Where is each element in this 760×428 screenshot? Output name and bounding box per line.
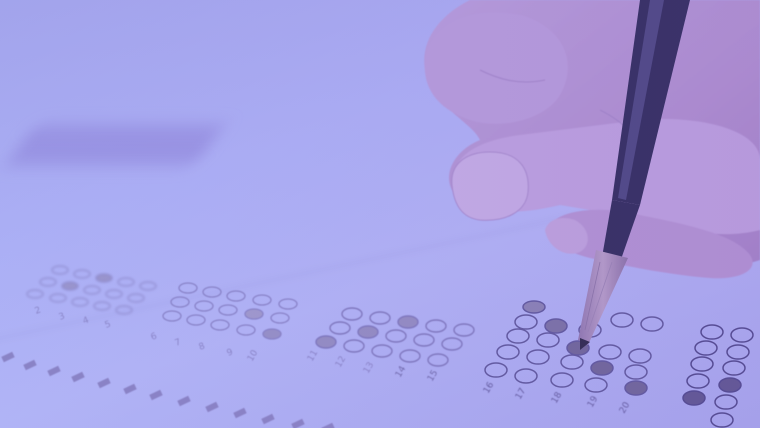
svg-text:19: 19 <box>586 394 601 409</box>
svg-text:18: 18 <box>550 390 565 405</box>
svg-text:5: 5 <box>104 319 113 330</box>
svg-text:6: 6 <box>150 331 159 342</box>
answer-sheet-illustration: 2 3 4 5 6 7 8 9 10 11 12 13 14 15 16 17 … <box>0 0 760 428</box>
bubble-block-16-20 <box>485 301 663 395</box>
svg-text:11: 11 <box>306 349 320 364</box>
timing-marks <box>1 352 334 428</box>
svg-text:8: 8 <box>198 341 207 352</box>
svg-text:9: 9 <box>226 347 235 358</box>
svg-text:15: 15 <box>426 369 440 384</box>
photo-scene: 2 3 4 5 6 7 8 9 10 11 12 13 14 15 16 17 … <box>0 0 760 428</box>
svg-text:10: 10 <box>246 348 261 363</box>
bubble-block-6-10 <box>163 283 297 339</box>
svg-text:12: 12 <box>334 355 348 370</box>
hand <box>424 0 760 278</box>
svg-text:16: 16 <box>482 380 497 395</box>
svg-text:17: 17 <box>514 387 528 402</box>
svg-text:13: 13 <box>362 361 376 376</box>
question-numbers: 2 3 4 5 6 7 8 9 10 11 12 13 14 15 16 17 … <box>34 305 633 415</box>
svg-text:20: 20 <box>618 400 633 415</box>
svg-text:7: 7 <box>174 337 183 348</box>
svg-text:14: 14 <box>394 364 409 379</box>
svg-text:3: 3 <box>58 311 67 322</box>
svg-text:4: 4 <box>82 315 91 326</box>
svg-text:2: 2 <box>34 305 43 316</box>
bubble-block-right <box>683 325 753 427</box>
bubble-block-left <box>27 266 156 314</box>
